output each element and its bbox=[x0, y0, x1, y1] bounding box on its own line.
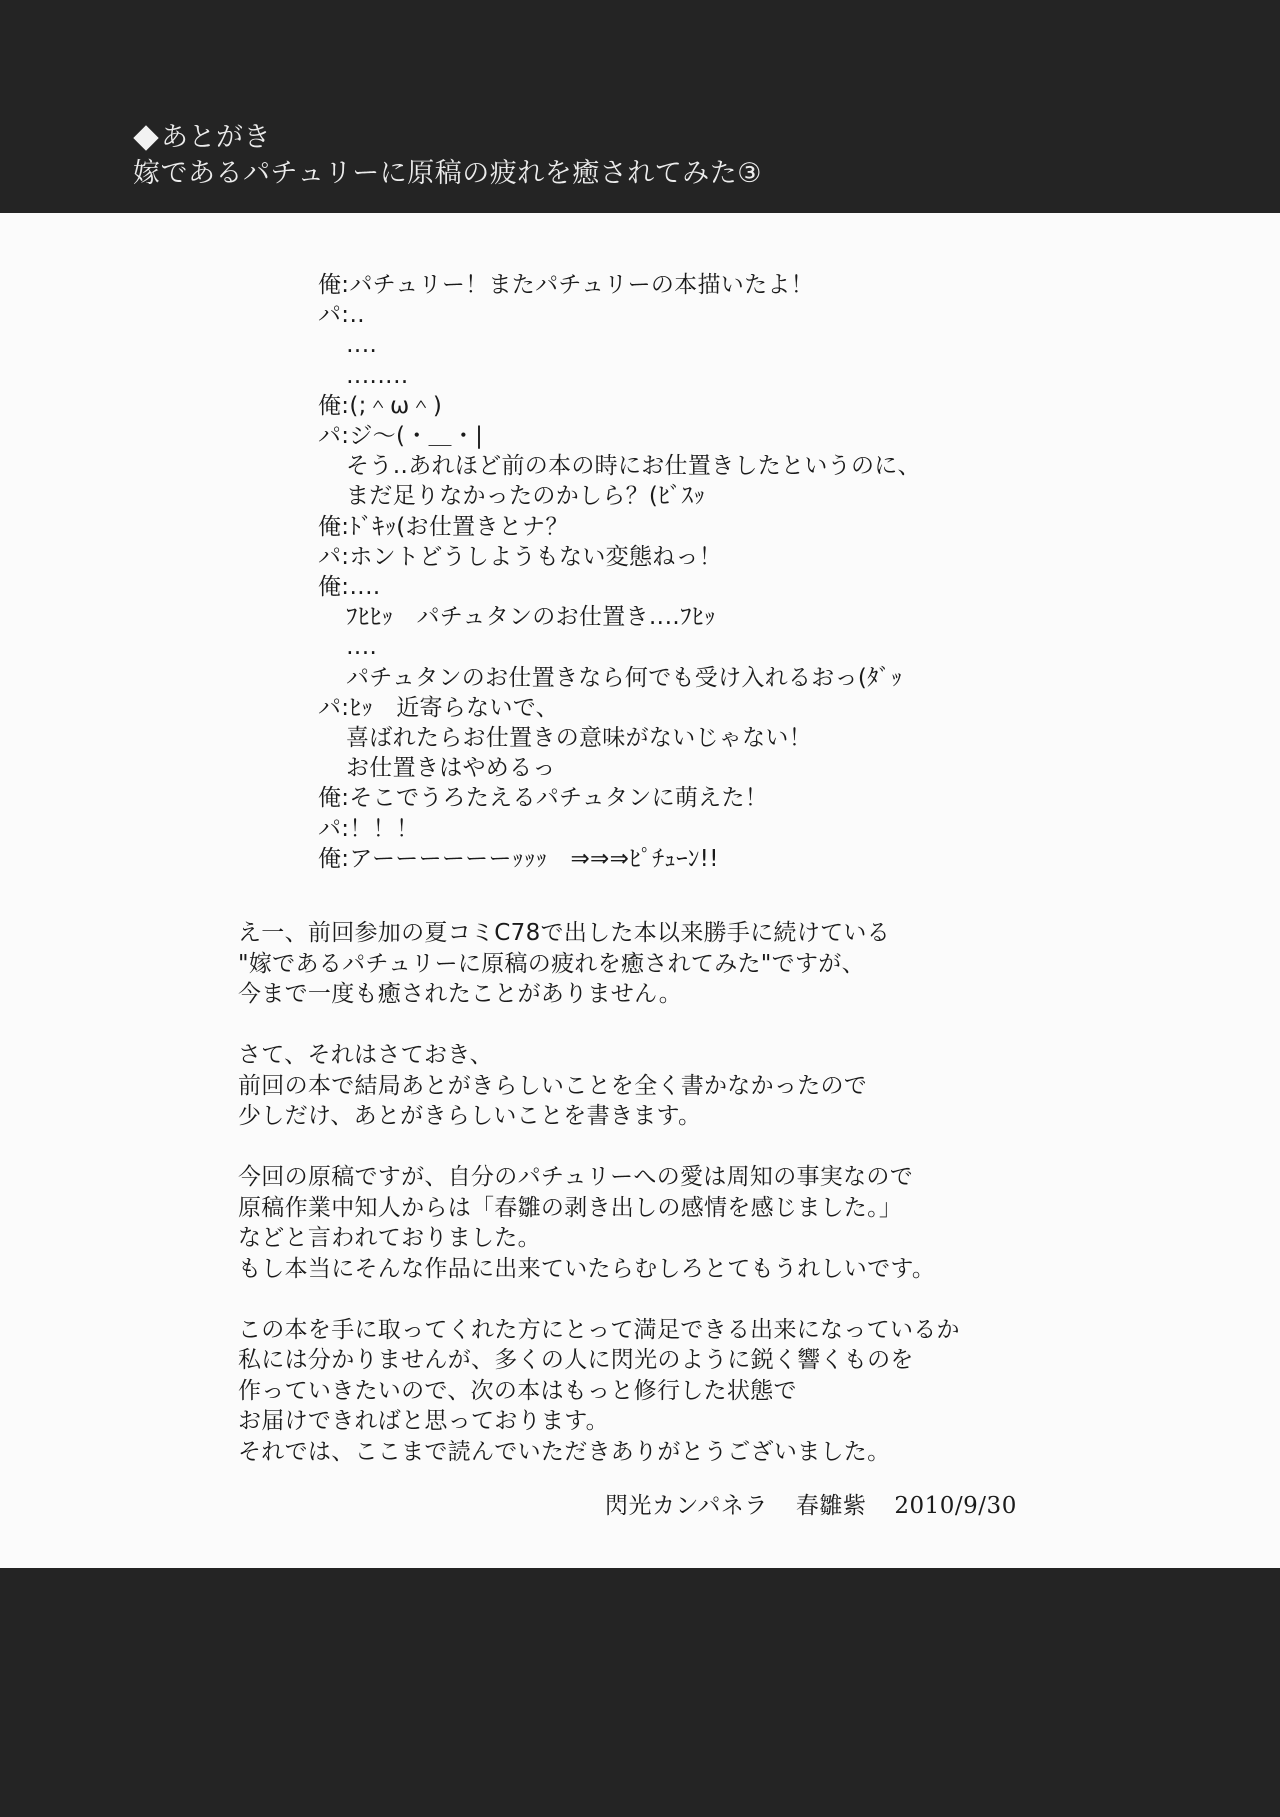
dialogue-line: パ:ﾋｯ 近寄らないで、 bbox=[318, 693, 921, 723]
section-title: あとがき bbox=[161, 122, 271, 153]
dialogue-text: ‥‥ bbox=[349, 574, 380, 600]
signature-date: 2010/9/30 bbox=[894, 1493, 1016, 1519]
dialogue-line: パチュタンのお仕置きなら何でも受け入れるおっ(ﾀﾞｯ bbox=[318, 663, 921, 693]
dialogue-text: ‥ bbox=[349, 302, 365, 328]
paragraph-line: 前回の本で結局あとがきらしいことを全く書かなかったので bbox=[238, 1071, 960, 1102]
dialogue-line: ‥‥ bbox=[318, 632, 921, 662]
dialogue-text: アーーーーーーｯｯｯ ⇒⇒⇒ﾋﾟﾁｭｰﾝ!! bbox=[349, 846, 718, 872]
dialogue-line: 俺:パチュリー！またパチュリーの本描いたよ！ bbox=[318, 270, 921, 300]
paragraph: この本を手に取ってくれた方にとって満足できる出来になっているか 私には分かりませ… bbox=[238, 1315, 960, 1468]
signature: 閃光カンパネラ春雛紫2010/9/30 bbox=[605, 1487, 1017, 1520]
dialogue-text: そう‥あれほど前の本の時にお仕置きしたというのに、 bbox=[346, 453, 921, 479]
dialogue-line: パ:ホントどうしようもない変態ねっ！ bbox=[318, 542, 921, 572]
dialogue-line: 喜ばれたらお仕置きの意味がないじゃない！ bbox=[318, 723, 921, 753]
dialogue-block: 俺:パチュリー！またパチュリーの本描いたよ！ パ:‥ ‥‥ ‥‥‥‥ 俺:(;＾… bbox=[318, 270, 921, 874]
page-subtitle: 嫁であるパチュリーに原稿の疲れを癒されてみた③ bbox=[133, 156, 762, 192]
paragraph-line: もし本当にそんな作品に出来ていたらむしろとてもうれしいです。 bbox=[238, 1254, 960, 1285]
header-block: あとがき 嫁であるパチュリーに原稿の疲れを癒されてみた③ bbox=[133, 120, 762, 192]
dialogue-line: お仕置きはやめるっ bbox=[318, 753, 921, 783]
dialogue-text: ！！！ bbox=[349, 816, 419, 842]
paragraph-line: "嫁であるパチュリーに原稿の疲れを癒されてみた"ですが、 bbox=[238, 949, 960, 980]
paragraph-line: 原稿作業中知人からは「春雛の剥き出しの感情を感じました。」 bbox=[238, 1193, 960, 1224]
speaker-label: 俺: bbox=[318, 391, 349, 421]
circle-name: 閃光カンパネラ bbox=[605, 1493, 768, 1519]
dialogue-line: 俺:(;＾ω＾) bbox=[318, 391, 921, 421]
dialogue-text: ジ～(・＿・| bbox=[349, 423, 483, 449]
dialogue-line: ‥‥ bbox=[318, 330, 921, 360]
paragraph-line: 少しだけ、あとがきらしいことを書きます。 bbox=[238, 1101, 960, 1132]
dialogue-line: ﾌﾋﾋｯ パチュタンのお仕置き‥‥ﾌﾋｯ bbox=[318, 602, 921, 632]
dialogue-line: 俺:そこでうろたえるパチュタンに萌えた！ bbox=[318, 783, 921, 813]
dialogue-line: ‥‥‥‥ bbox=[318, 361, 921, 391]
dialogue-text: パチュリー！またパチュリーの本描いたよ！ bbox=[349, 272, 814, 298]
diamond-icon bbox=[133, 125, 158, 150]
speaker-label: パ: bbox=[318, 814, 349, 844]
dialogue-text: ‥‥‥‥ bbox=[346, 363, 409, 389]
afterword-body: え一、前回参加の夏コミC78で出した本以来勝手に続けている "嫁であるパチュリー… bbox=[238, 918, 960, 1498]
dialogue-text: (;＾ω＾) bbox=[349, 393, 442, 419]
dialogue-line: 俺:‥‥ bbox=[318, 572, 921, 602]
dialogue-text: ﾄﾞｷｯ(お仕置きとナ？ bbox=[349, 514, 568, 540]
paragraph-line: それでは、ここまで読んでいただきありがとうございました。 bbox=[238, 1437, 960, 1468]
paragraph-line: 今まで一度も癒されたことがありません。 bbox=[238, 979, 960, 1010]
dialogue-text: ﾌﾋﾋｯ パチュタンのお仕置き‥‥ﾌﾋｯ bbox=[346, 604, 716, 630]
dialogue-text: ‥‥ bbox=[346, 332, 377, 358]
dialogue-line: 俺:ﾄﾞｷｯ(お仕置きとナ？ bbox=[318, 512, 921, 542]
paragraph: え一、前回参加の夏コミC78で出した本以来勝手に続けている "嫁であるパチュリー… bbox=[238, 918, 960, 1010]
author-name: 春雛紫 bbox=[796, 1493, 867, 1519]
dialogue-text: そこでうろたえるパチュタンに萌えた！ bbox=[349, 785, 768, 811]
dialogue-line: 俺:アーーーーーーｯｯｯ ⇒⇒⇒ﾋﾟﾁｭｰﾝ!! bbox=[318, 844, 921, 874]
section-heading: あとがき bbox=[133, 120, 762, 156]
dialogue-text: まだ足りなかったのかしら？(ﾋﾞｽｯ bbox=[346, 483, 705, 509]
dialogue-text: 喜ばれたらお仕置きの意味がないじゃない！ bbox=[346, 725, 812, 751]
paragraph-line: この本を手に取ってくれた方にとって満足できる出来になっているか bbox=[238, 1315, 960, 1346]
speaker-label: 俺: bbox=[318, 270, 349, 300]
dialogue-line: パ:！！！ bbox=[318, 814, 921, 844]
speaker-label: 俺: bbox=[318, 844, 349, 874]
dialogue-line: まだ足りなかったのかしら？(ﾋﾞｽｯ bbox=[318, 481, 921, 511]
speaker-label: パ: bbox=[318, 300, 349, 330]
speaker-label: パ: bbox=[318, 693, 349, 723]
speaker-label: 俺: bbox=[318, 783, 349, 813]
dialogue-text: お仕置きはやめるっ bbox=[346, 755, 556, 781]
paragraph: 今回の原稿ですが、自分のパチュリーへの愛は周知の事実なので 原稿作業中知人からは… bbox=[238, 1162, 960, 1284]
speaker-label: 俺: bbox=[318, 572, 349, 602]
paragraph-line: 作っていきたいので、次の本はもっと修行した状態で bbox=[238, 1376, 960, 1407]
dialogue-text: ‥‥ bbox=[346, 634, 377, 660]
bottom-footer-bar bbox=[0, 1568, 1280, 1817]
speaker-label: パ: bbox=[318, 421, 349, 451]
dialogue-line: パ:‥ bbox=[318, 300, 921, 330]
paragraph-line: 今回の原稿ですが、自分のパチュリーへの愛は周知の事実なので bbox=[238, 1162, 960, 1193]
speaker-label: 俺: bbox=[318, 512, 349, 542]
paragraph-line: さて、それはさておき、 bbox=[238, 1040, 960, 1071]
dialogue-line: そう‥あれほど前の本の時にお仕置きしたというのに、 bbox=[318, 451, 921, 481]
dialogue-text: ﾋｯ 近寄らないで、 bbox=[349, 695, 559, 721]
paragraph-line: 私には分かりませんが、多くの人に閃光のように鋭く響くものを bbox=[238, 1345, 960, 1376]
paragraph-line: え一、前回参加の夏コミC78で出した本以来勝手に続けている bbox=[238, 918, 960, 949]
dialogue-text: ホントどうしようもない変態ねっ！ bbox=[349, 544, 722, 570]
paragraph-line: お届けできればと思っております。 bbox=[238, 1406, 960, 1437]
dialogue-text: パチュタンのお仕置きなら何でも受け入れるおっ(ﾀﾞｯ bbox=[346, 665, 902, 691]
speaker-label: パ: bbox=[318, 542, 349, 572]
paragraph-line: などと言われておりました。 bbox=[238, 1223, 960, 1254]
dialogue-line: パ:ジ～(・＿・| bbox=[318, 421, 921, 451]
paragraph: さて、それはさておき、 前回の本で結局あとがきらしいことを全く書かなかったので … bbox=[238, 1040, 960, 1132]
